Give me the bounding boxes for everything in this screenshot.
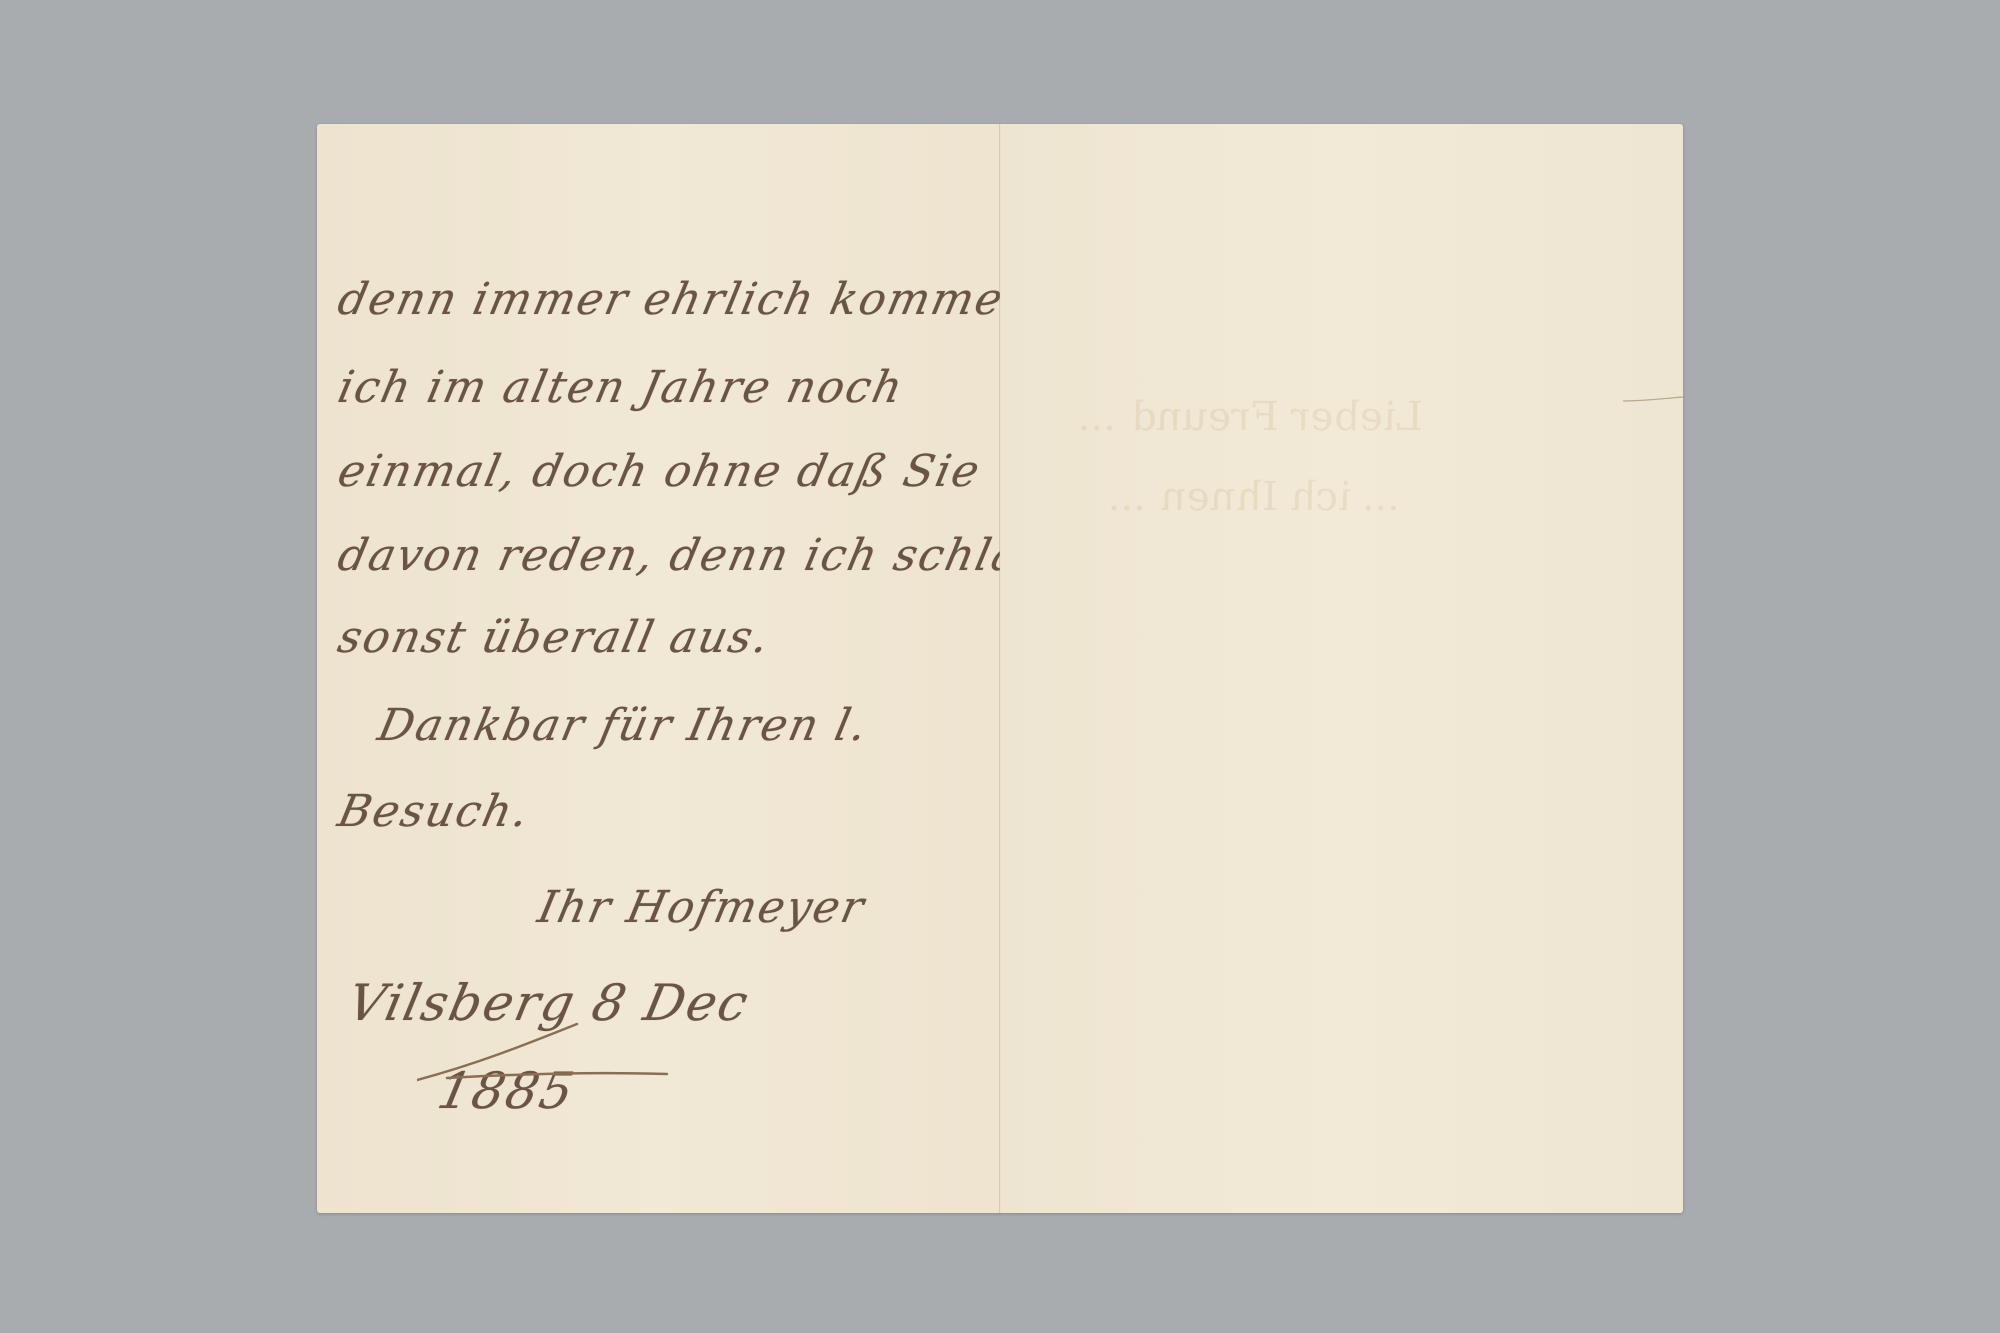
bleed-through-text: Lieber Freund ... <box>1075 394 1427 440</box>
left-page: denn immer ehrlich komme ich im alten Ja… <box>317 124 1000 1213</box>
signature-flourish <box>417 1004 677 1084</box>
paper-tear <box>1623 396 1683 402</box>
bleed-through-text: ... ich Ihnen ... <box>1105 474 1407 520</box>
text-line: davon reden, denn ich schlage <box>334 530 1084 581</box>
center-fold <box>999 124 1001 1213</box>
text-line: einmal, doch ohne daß Sie <box>334 446 986 497</box>
right-page: Lieber Freund ... ... ich Ihnen ... <box>1000 124 1683 1213</box>
text-line: sonst überall aus. <box>334 612 776 663</box>
text-line: Besuch. <box>334 786 535 837</box>
text-line: Dankbar für Ihren l. <box>374 700 874 751</box>
text-line: ich im alten Jahre noch <box>334 362 909 413</box>
signature: Ihr Hofmeyer <box>534 882 870 933</box>
text-line: denn immer ehrlich komme <box>334 274 1009 325</box>
letter-sheet: denn immer ehrlich komme ich im alten Ja… <box>317 124 1683 1213</box>
